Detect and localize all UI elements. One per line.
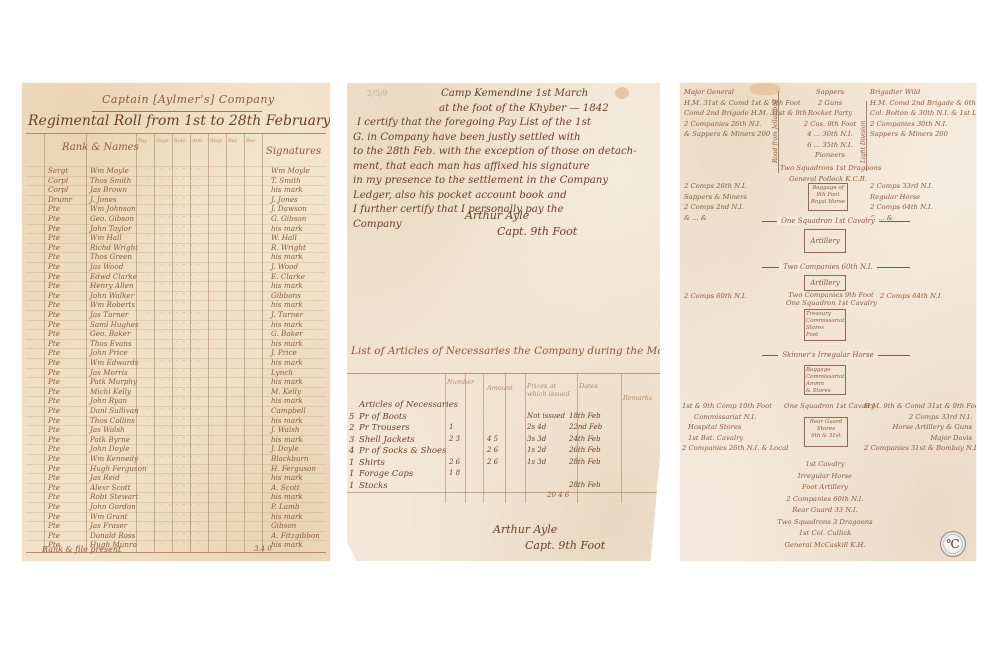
- text-line: 2 Companies 26th N.I.: [684, 119, 807, 130]
- row-rule: [26, 233, 326, 234]
- rank-cell: Pte: [48, 329, 60, 338]
- signature-cell: Gibbons: [271, 291, 301, 300]
- price-cell: Not issued: [527, 412, 565, 420]
- name-cell: Wm Hall: [90, 233, 122, 242]
- name-cell: Henry Allen: [90, 281, 134, 290]
- signature-cell: R. Wright: [271, 243, 306, 252]
- text-line: 4 ... 30th N.I.: [790, 129, 870, 140]
- row-rule: [26, 176, 326, 177]
- text-line: Col. Bolton & 30th N.I. & 1st Light: [870, 108, 976, 119]
- article-name: Pr Trousers: [359, 423, 410, 433]
- column-rule: [621, 374, 622, 503]
- name-cell: Wm Kennedy: [90, 454, 138, 463]
- signature-cell: G. Gibson: [271, 214, 306, 223]
- signature-cell: his mark: [271, 224, 303, 233]
- text-line: 1st Bat. Cavalry: [682, 433, 788, 444]
- text-line: 1st Cavalry: [740, 459, 910, 471]
- letter-line: Camp Kemendine 1st March: [353, 87, 653, 102]
- roll-row: PteJohn Taylor········his mark: [26, 224, 326, 233]
- price-cell: 1s 2d: [527, 446, 546, 454]
- text-line: 1st & 9th Comp 10th Foot: [682, 401, 788, 412]
- text-line: Irregular Horse: [740, 471, 910, 483]
- center-captions: Two Squadrons 1st Dragoons General Pollo…: [780, 163, 876, 184]
- signature-cell: his mark: [271, 377, 303, 386]
- text-line: One Squadron 1st Cavalry: [786, 299, 876, 307]
- roll-row: PteWm Johnson········J. Dawson: [26, 204, 326, 213]
- text-line: General McCaskill K.H.: [740, 540, 910, 552]
- necessaries-row: 5Pr of BootsNot issued18th Feb: [347, 412, 660, 424]
- letter-line: G. in Company have been justly settled w…: [353, 131, 653, 146]
- signature-cell: T. Smith: [271, 176, 301, 185]
- bottom-center-column: 1st Cavalry Irregular Horse Foot Artille…: [740, 459, 910, 551]
- signature-cell: his mark: [271, 320, 303, 329]
- top-right-column: Brigadier Wild H.M. Comd 2nd Brigade & 6…: [870, 87, 976, 140]
- roll-subheading: Regimental Roll from 1st to 28th Februar…: [28, 113, 330, 129]
- row-rule: [26, 377, 326, 378]
- roll-row: PteJohn Doyle········J. Doyle: [26, 444, 326, 453]
- letter-line: ment, that each man has affixed his sign…: [353, 160, 653, 175]
- letter-line: to the 28th Feb. with the exception of t…: [353, 145, 653, 160]
- text-line: 2 Guns: [790, 98, 870, 109]
- article-name: Forage Caps: [359, 469, 413, 479]
- date-cell: 22nd Feb: [569, 423, 602, 431]
- row-rule: [26, 502, 326, 503]
- rank-cell: Pte: [48, 272, 60, 281]
- column-header-rank-names: Rank & Names: [62, 142, 139, 153]
- signature-cell: his mark: [271, 435, 303, 444]
- text-line: & Sappers & Miners 200: [684, 129, 807, 140]
- row-rule: [26, 464, 326, 465]
- roll-row: PteWm Edwards········his mark: [26, 358, 326, 367]
- rank-cell: Pte: [48, 224, 60, 233]
- rank-cell: Pte: [48, 252, 60, 261]
- text-line: Sappers & Miners 200: [870, 129, 976, 140]
- name-cell: Geo. Gibson: [90, 214, 134, 223]
- column-rule: [505, 374, 506, 503]
- row-rule: [26, 387, 326, 388]
- roll-row: PteDonald Ross········A. Fitzgibbon: [26, 531, 326, 540]
- date-cell: 28th Feb: [569, 481, 601, 489]
- text-line: Brigadier Wild: [870, 87, 976, 98]
- text-line: Royal Horse: [810, 199, 846, 206]
- signature-cell: J. Dawson: [271, 204, 307, 213]
- label-two-companies: Two Companies 60th N.I.: [680, 263, 976, 271]
- rank-cell: Pte: [48, 492, 60, 501]
- column-rule: [136, 134, 137, 552]
- label-irregular-horse: Skinner's Irregular Horse: [680, 351, 976, 359]
- row-number: 4: [349, 446, 354, 456]
- column-rule: [465, 374, 466, 503]
- name-cell: Wm Edwards: [90, 358, 139, 367]
- signature-cell: his mark: [271, 492, 303, 501]
- roll-row: PteGeo. Baker········G. Baker: [26, 329, 326, 338]
- name-cell: Jas Turner: [90, 310, 128, 319]
- text-line: Sappers: [790, 87, 870, 98]
- roll-row: PtePatk Byrne········his mark: [26, 435, 326, 444]
- row-rule: [26, 425, 326, 426]
- name-cell: Edwd Clarke: [90, 272, 137, 281]
- roll-row: SergtWm Moyle········Wm Moyle: [26, 166, 326, 175]
- row-number: 1: [349, 458, 354, 468]
- signature-cell: J. Wood: [271, 262, 298, 271]
- text-line: Rear Guard: [806, 419, 846, 426]
- roll-heading: Captain [Aylmer's] Company: [102, 93, 275, 106]
- roll-row: PteWm Hall········W. Hall: [26, 233, 326, 242]
- signature-cell: M. Kelly: [271, 387, 301, 396]
- rank-cell: Pte: [48, 444, 60, 453]
- vertical-label-left: Road from Jellalabad: [772, 99, 779, 163]
- text-line: 2 Comps 33rd N.I.: [870, 181, 933, 192]
- text-line: Comd 2nd Brigade H.M. 31st & 9th: [684, 108, 807, 119]
- row-rule: [26, 444, 326, 445]
- rank-cell: Sergt: [48, 166, 68, 175]
- row-center: Two Companies 9th Foot One Squadron 1st …: [786, 291, 876, 307]
- name-cell: Thos Evans: [90, 339, 132, 348]
- roll-row: PtePatk Murphy········his mark: [26, 377, 326, 386]
- text-line: Commissariat N.I.: [682, 412, 788, 423]
- necessaries-row: 2Pr Trousers12s 4d22nd Feb: [347, 423, 660, 435]
- text-line: 9th & 31st: [806, 433, 846, 440]
- roll-row: PteRobt Stewart········his mark: [26, 492, 326, 501]
- text-line: Rocket Party: [790, 108, 870, 119]
- name-cell: Jas Reid: [90, 473, 120, 482]
- number-cell: 1 8: [449, 469, 460, 477]
- date-cell: 26th Feb: [569, 446, 601, 454]
- signature-cell: his mark: [271, 252, 303, 261]
- name-cell: Jas Morris: [90, 368, 128, 377]
- amount-cell: 4 5: [487, 435, 498, 443]
- rear-guard-box: Rear Guard Stores 9th & 31st: [804, 417, 848, 447]
- bottom-right-column: H.M. 9th & Comd 31st & 9th Foot 2 Comps …: [864, 401, 972, 454]
- necessaries-row: 4Pr of Socks & Shoes2 61s 2d26th Feb: [347, 446, 660, 458]
- signature-cell: G. Baker: [271, 329, 303, 338]
- roll-table: Rank & Names Signatures Pay Days Rate Am…: [26, 133, 326, 553]
- row-right: 2 Comps 64th N.I.: [880, 291, 943, 302]
- row-number: 5: [349, 412, 354, 422]
- date-cell: 24th Feb: [569, 435, 601, 443]
- signature-cell: Wm Moyle: [271, 166, 310, 175]
- row-rule: [26, 195, 326, 196]
- text-line: Two Companies 9th Foot: [786, 291, 876, 299]
- roll-row: PteWm Roberts········his mark: [26, 300, 326, 309]
- letter-line: at the foot of the Khyber — 1842: [353, 102, 653, 117]
- signature-cell: his mark: [271, 473, 303, 482]
- row-rule: [26, 320, 326, 321]
- signature-cell: A. Scott: [271, 483, 300, 492]
- article-name: Stocks: [359, 481, 388, 491]
- roll-row: PteMichl Kelly········M. Kelly: [26, 387, 326, 396]
- rank-cell: Pte: [48, 358, 60, 367]
- text-line: 1st Col. Cullick: [740, 528, 910, 540]
- name-cell: John Ryan: [90, 396, 127, 405]
- text-line: 2 Companies 26th N.I. & Local: [682, 443, 788, 454]
- necessaries-row: Articles of Necessaries: [347, 400, 660, 412]
- row-rule: [26, 473, 326, 474]
- price-cell: 1s 3d: [527, 458, 546, 466]
- column-header-signatures: Signatures: [266, 146, 321, 157]
- roll-row: PteThos Collins········his mark: [26, 416, 326, 425]
- row-rule: [26, 483, 326, 484]
- name-cell: Wm Johnson: [90, 204, 136, 213]
- rank-cell: Pte: [48, 377, 60, 386]
- letter-line: Ledger, also his pocket account book and: [353, 189, 653, 204]
- text-line: Baggage: [806, 367, 844, 374]
- name-cell: Thos Green: [90, 252, 132, 261]
- rank-cell: Pte: [48, 435, 60, 444]
- row-rule: [26, 396, 326, 397]
- rank-cell: Drumr: [48, 195, 72, 204]
- rank-cell: Pte: [48, 310, 60, 319]
- signature-cell: Lynch: [271, 368, 293, 377]
- rank-cell: Pte: [48, 214, 60, 223]
- certificate-sheet: 2/5/9 Camp Kemendine 1st March at the fo…: [347, 83, 660, 561]
- name-cell: John Taylor: [90, 224, 131, 233]
- roll-row: PteEdwd Clarke········E. Clarke: [26, 272, 326, 281]
- roll-row: CorplJas Brown········his mark: [26, 185, 326, 194]
- roll-row: PteHenry Allen········his mark: [26, 281, 326, 290]
- rank-cell: Pte: [48, 396, 60, 405]
- name-cell: John Price: [90, 348, 128, 357]
- roll-row: PteThos Green········his mark: [26, 252, 326, 261]
- row-rule: [26, 329, 326, 330]
- signature-cell: his mark: [271, 339, 303, 348]
- baggage-box: Baggage of 9th Foot Royal Horse: [808, 183, 848, 211]
- row-rule: [26, 406, 326, 407]
- signature-cell: Gibson: [271, 521, 296, 530]
- row-rule: [26, 540, 326, 541]
- signature-cell: J. Doyle: [271, 444, 299, 453]
- name-cell: Jas Fraser: [90, 521, 127, 530]
- text-line: 2 Comps 33rd N.I.: [864, 412, 972, 423]
- roll-row: PteJohn Walker········Gibbons: [26, 291, 326, 300]
- roll-row: PteJohn Ryan········his mark: [26, 396, 326, 405]
- article-name: Articles of Necessaries: [359, 400, 458, 410]
- row-rule: [26, 416, 326, 417]
- roll-row: CorplThos Smith········T. Smith: [26, 176, 326, 185]
- signature-rank: Capt. 9th Foot: [497, 225, 577, 238]
- text-line: H.M. 31st & Comd 1st & 9th Foot: [684, 98, 807, 109]
- vertical-label-right: Light Division: [860, 121, 867, 163]
- roll-row: PteThos Evans········his mark: [26, 339, 326, 348]
- rank-cell: Corpl: [48, 185, 68, 194]
- signature-cell: E. Clarke: [271, 272, 305, 281]
- rank-cell: Pte: [48, 233, 60, 242]
- text-line: Pioneers: [790, 150, 870, 161]
- text-line: Treasury: [806, 311, 844, 318]
- signature-cell: his mark: [271, 300, 303, 309]
- roll-row: PteJas Walsh········J. Walsh: [26, 425, 326, 434]
- text-line: Baggage of: [810, 185, 846, 192]
- row-rule: [26, 492, 326, 493]
- signature-cell: his mark: [271, 281, 303, 290]
- name-cell: Patk Murphy: [90, 377, 137, 386]
- necessaries-table: Number Amount Prices at which issued Dat…: [347, 373, 660, 503]
- name-cell: Richd Wright: [90, 243, 138, 252]
- name-cell: Hugh Ferguson: [90, 464, 147, 473]
- name-cell: Thos Smith: [90, 176, 131, 185]
- date-cell: 18th Feb: [569, 412, 601, 420]
- number-cell: 2 3: [449, 435, 460, 443]
- text-line: 2 Companies 31st & Bombay N.I.: [864, 443, 972, 454]
- necessaries-row: 1Forage Caps1 8: [347, 469, 660, 481]
- row-rule: [26, 262, 326, 263]
- text-line: Stores: [806, 325, 844, 332]
- column-rule: [483, 374, 484, 503]
- text-line: 2 Companies 30th N.I.: [870, 119, 976, 130]
- treasury-box: Treasury Commissariat Stores Foot: [804, 309, 846, 341]
- text-line: 6 ... 35th N.I.: [790, 140, 870, 151]
- row-rule: [26, 512, 326, 513]
- text-line: 2 Cos. 9th Foot: [790, 119, 870, 130]
- rank-cell: Corpl: [48, 176, 68, 185]
- order-of-march-sheet: Major General H.M. 31st & Comd 1st & 9th…: [680, 83, 976, 561]
- text-line: 2 Companies 60th N.I.: [740, 494, 910, 506]
- name-cell: Danl Sullivan: [90, 406, 139, 415]
- text-line: Rear Guard 33 N.I.: [740, 505, 910, 517]
- rank-cell: Pte: [48, 368, 60, 377]
- roll-row: PteWm Grant········his mark: [26, 512, 326, 521]
- row-rule: [26, 358, 326, 359]
- necessaries-list-title: List of Articles of Necessaries the Comp…: [351, 345, 660, 357]
- number-cell: 1: [449, 423, 453, 431]
- price-cell: 3s 3d: [527, 435, 546, 443]
- row-rule: [26, 339, 326, 340]
- signature-cell: H. Ferguson: [271, 464, 316, 473]
- name-cell: Jas Wood: [90, 262, 123, 271]
- text-line: Foot: [806, 332, 844, 339]
- heading-underline: [92, 111, 262, 112]
- article-name: Shell Jackets: [359, 435, 415, 445]
- name-cell: Alexr Scott: [90, 483, 131, 492]
- row-rule: [26, 521, 326, 522]
- rank-cell: Pte: [48, 464, 60, 473]
- text-line: Regular Horse: [870, 192, 933, 203]
- column-rule: [172, 134, 173, 552]
- top-center-column: Sappers 2 Guns Rocket Party 2 Cos. 9th F…: [790, 87, 870, 161]
- bottom-left-column: 1st & 9th Comp 10th Foot Commissariat N.…: [682, 401, 788, 454]
- necessaries-row: 1Shirts2 62 61s 3d28th Feb: [347, 458, 660, 470]
- rank-cell: Pte: [48, 425, 60, 434]
- artillery-box: Artillery: [804, 229, 846, 253]
- row-left: 2 Comps 60th N.I.: [684, 291, 747, 302]
- rank-cell: Pte: [48, 281, 60, 290]
- signature-cell: his mark: [271, 396, 303, 405]
- rank-cell: Pte: [48, 531, 60, 540]
- date-cell: 28th Feb: [569, 458, 601, 466]
- text-line: Commissariat: [806, 374, 844, 381]
- price-cell: 2s 4d: [527, 423, 546, 431]
- text-line: Commissariat: [806, 318, 844, 325]
- signature-cell: his mark: [271, 185, 303, 194]
- row-rule: [26, 166, 326, 167]
- roll-row: PteAlexr Scott········A. Scott: [26, 483, 326, 492]
- row-number: 3: [349, 435, 354, 445]
- row-rule: [26, 310, 326, 311]
- name-cell: Wm Roberts: [90, 300, 135, 309]
- text-line: Sappers & Miners: [684, 192, 747, 203]
- roll-footer-label: Rank & file present: [42, 545, 121, 554]
- name-cell: Saml Hughes: [90, 320, 139, 329]
- text-line: Ammn: [806, 381, 844, 388]
- roll-row: PteJas Wood········J. Wood: [26, 262, 326, 271]
- total-rule: [347, 492, 660, 493]
- rank-cell: Pte: [48, 339, 60, 348]
- table-total: 20 4 6: [547, 491, 569, 499]
- text-line: 2 Comps 2nd N.I.: [684, 202, 747, 213]
- text-line: Major General: [684, 87, 807, 98]
- rank-cell: Pte: [48, 291, 60, 300]
- name-cell: Jas Brown: [90, 185, 127, 194]
- rank-cell: Pte: [48, 454, 60, 463]
- name-cell: Thos Collins: [90, 416, 135, 425]
- signature-cell: his mark: [271, 358, 303, 367]
- name-cell: Michl Kelly: [90, 387, 131, 396]
- table-header-dates: Dates: [579, 382, 619, 390]
- rank-cell: Pte: [48, 483, 60, 492]
- column-rule: [226, 134, 227, 552]
- number-cell: 2 6: [449, 458, 460, 466]
- column-rule: [262, 134, 263, 552]
- row-rule: [26, 454, 326, 455]
- name-cell: John Walker: [90, 291, 134, 300]
- baggage-box-2: Baggage Commissariat Ammn & Stores: [804, 365, 846, 395]
- column-rule: [44, 134, 45, 552]
- row-number: 2: [349, 423, 354, 433]
- roll-row: PteSaml Hughes········his mark: [26, 320, 326, 329]
- column-rule: [208, 134, 209, 552]
- roll-row: PteJas Fraser········Gibson: [26, 521, 326, 530]
- roll-row: PteJohn Gordon········P. Lamb: [26, 502, 326, 511]
- letter-line: in my presence to the settlement in the …: [353, 174, 653, 189]
- name-cell: Jas Walsh: [90, 425, 125, 434]
- roll-row: DrumrJ. Jones········J. Jones: [26, 195, 326, 204]
- artillery-box-2: Artillery: [804, 275, 846, 291]
- text-line: & Stores: [806, 388, 844, 395]
- amount-cell: 2 6: [487, 458, 498, 466]
- signature-cell: A. Fitzgibbon: [271, 531, 320, 540]
- signature-cell: P. Lamb: [271, 502, 299, 511]
- row-rule: [26, 300, 326, 301]
- signature-cell: his mark: [271, 512, 303, 521]
- name-cell: John Doyle: [90, 444, 129, 453]
- rank-cell: Pte: [48, 512, 60, 521]
- row-rule: [26, 272, 326, 273]
- row-rule: [26, 185, 326, 186]
- roll-row: PteJohn Price········J. Price: [26, 348, 326, 357]
- roll-row: PteWm Kennedy········Blackburn: [26, 454, 326, 463]
- rank-cell: Pte: [48, 204, 60, 213]
- letter-line: I certify that the foregoing Pay List of…: [353, 116, 653, 131]
- row-rule: [26, 291, 326, 292]
- row-rule: [26, 281, 326, 282]
- rank-cell: Pte: [48, 300, 60, 309]
- signature-cell: his mark: [271, 416, 303, 425]
- text-line: 2 Comps 64th N.I.: [870, 202, 933, 213]
- text-line: H.M. Comd 2nd Brigade & 6th Foot: [870, 98, 976, 109]
- column-rule: [445, 374, 446, 503]
- rank-cell: Pte: [48, 473, 60, 482]
- article-name: Pr of Boots: [359, 412, 407, 422]
- signature-cell: J. Price: [271, 348, 297, 357]
- signature-cell: his mark: [271, 540, 303, 549]
- text-line: Hospital Stores: [682, 422, 788, 433]
- text-line: Two Squadrons 3 Dragoons: [740, 517, 910, 529]
- roll-row: PteDanl Sullivan········Campbell: [26, 406, 326, 415]
- table-header-number: Number: [447, 378, 477, 386]
- text-line: Horse Artillery & Guns: [864, 422, 972, 433]
- rank-cell: Pte: [48, 406, 60, 415]
- rank-cell: Pte: [48, 262, 60, 271]
